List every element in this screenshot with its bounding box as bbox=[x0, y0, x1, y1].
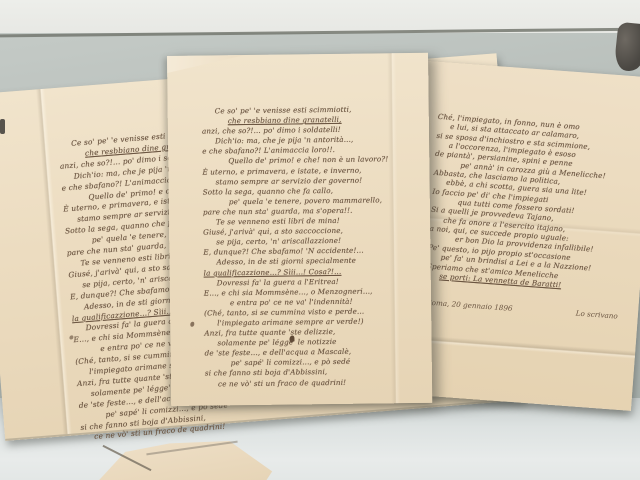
dark-object bbox=[614, 22, 640, 73]
poem-line: ce ne vò' sti un fraco de quadrini! bbox=[205, 376, 420, 389]
closing-place-date: Roma, 20 gennaio 1896 bbox=[426, 298, 513, 313]
ink-blot bbox=[190, 322, 194, 327]
right-sheet-poem: Ché, l'impiegato, in fonno, nun è omoe l… bbox=[426, 112, 640, 295]
edge-mark bbox=[0, 119, 5, 134]
middle-sheet: Ce so' pe' 'e venisse esti scimmiotti,ch… bbox=[167, 53, 432, 406]
middle-sheet-poem: Ce so' pe' 'e venisse esti scimmiotti,ch… bbox=[202, 104, 420, 389]
signature: Lo scrivano bbox=[575, 309, 618, 321]
closing-row: Roma, 20 gennaio 1896 Lo scrivano bbox=[426, 298, 618, 321]
corner-fold bbox=[167, 55, 245, 73]
